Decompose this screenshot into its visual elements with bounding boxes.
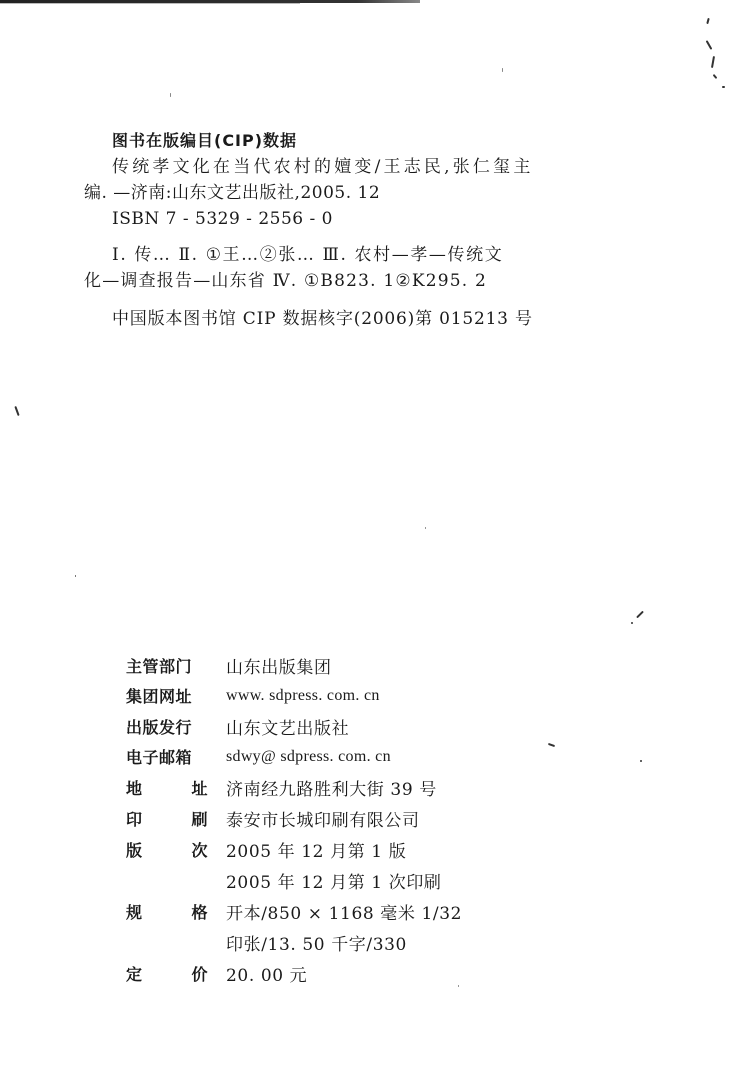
imprint-row-sheets: 印张/13. 50 千字/330 (126, 927, 462, 958)
scan-edge-line-thin (0, 3, 300, 4)
scan-speck (706, 40, 713, 50)
imprint-value: 山东文艺出版社 (226, 714, 349, 739)
imprint-label: 主管部门 (126, 654, 208, 677)
scan-speck (711, 56, 715, 68)
imprint-label: 出版发行 (126, 715, 208, 738)
imprint-row-format: 规 格 开本/850 × 1168 毫米 1/32 (126, 896, 462, 927)
imprint-row-supervisor: 主管部门 山东出版集团 (126, 650, 462, 681)
imprint-value: 泰安市长城印刷有限公司 (226, 806, 420, 831)
scan-speck (502, 68, 503, 72)
cip-verification-number: 中国版本图书馆 CIP 数据核字(2006)第 015213 号 (84, 306, 574, 332)
imprint-row-email: 电子邮箱 sdwy@ sdpress. com. cn (126, 742, 462, 773)
imprint-value: 2005 年 12 月第 1 版 (226, 837, 406, 862)
scan-speck (706, 18, 709, 24)
imprint-label: 版 次 (126, 838, 208, 861)
imprint-label-char: 格 (191, 900, 208, 923)
imprint-label: 集团网址 (126, 684, 208, 707)
imprint-label-char: 印 (126, 807, 143, 830)
scan-speck (640, 760, 642, 762)
scan-speck (425, 527, 426, 529)
imprint-row-website: 集团网址 www. sdpress. com. cn (126, 681, 462, 712)
imprint-row-price: 定 价 20. 00 元 (126, 958, 462, 989)
imprint-row-printer: 印 刷 泰安市长城印刷有限公司 (126, 803, 462, 834)
imprint-label: 电子邮箱 (126, 745, 208, 768)
cip-heading: 图书在版编目(CIP)数据 (84, 128, 574, 154)
imprint-value: 20. 00 元 (226, 961, 307, 986)
imprint-label-char: 址 (191, 776, 208, 799)
scan-speck (631, 622, 633, 624)
scan-speck (75, 575, 76, 577)
imprint-value: 开本/850 × 1168 毫米 1/32 (226, 899, 462, 924)
cip-classification-line-2: 化—调查报告—山东省 Ⅳ. ①B823. 1②K295. 2 (84, 268, 574, 294)
scan-speck (713, 74, 718, 79)
imprint-row-printing: 2005 年 12 月第 1 次印刷 (126, 865, 462, 896)
imprint-label: 定 价 (126, 962, 208, 985)
imprint-row-publisher: 出版发行 山东文艺出版社 (126, 711, 462, 742)
imprint-table: 主管部门 山东出版集团 集团网址 www. sdpress. com. cn 出… (126, 650, 462, 989)
imprint-label-char: 地 (126, 776, 143, 799)
scan-speck (170, 93, 171, 97)
imprint-label: 地 址 (126, 776, 208, 799)
imprint-label: 印 刷 (126, 807, 208, 830)
imprint-value: 山东出版集团 (226, 653, 332, 678)
imprint-label-char: 价 (191, 962, 208, 985)
imprint-label-char: 版 (126, 838, 143, 861)
imprint-row-address: 地 址 济南经九路胜利大街 39 号 (126, 772, 462, 803)
imprint-label-char: 刷 (191, 807, 208, 830)
imprint-value: sdwy@ sdpress. com. cn (226, 748, 391, 766)
imprint-row-edition: 版 次 2005 年 12 月第 1 版 (126, 834, 462, 865)
imprint-value: www. sdpress. com. cn (226, 687, 380, 705)
scan-speck (722, 86, 725, 88)
cip-isbn: ISBN 7 - 5329 - 2556 - 0 (84, 206, 574, 232)
imprint-value: 2005 年 12 月第 1 次印刷 (226, 868, 442, 893)
imprint-value: 印张/13. 50 千字/330 (226, 930, 407, 955)
imprint-label-char: 定 (126, 962, 143, 985)
scan-speck (636, 611, 644, 619)
imprint-label-char: 规 (126, 900, 143, 923)
scan-speck (14, 406, 19, 416)
imprint-label-char: 次 (191, 838, 208, 861)
cip-data-block: 图书在版编目(CIP)数据 传统孝文化在当代农村的嬗变/王志民,张仁玺主 编. … (84, 128, 574, 332)
imprint-value: 济南经九路胜利大街 39 号 (226, 775, 437, 800)
imprint-label: 规 格 (126, 900, 208, 923)
scan-speck (548, 743, 555, 747)
cip-title-line-2: 编. —济南:山东文艺出版社,2005. 12 (84, 180, 574, 206)
cip-title-line-1: 传统孝文化在当代农村的嬗变/王志民,张仁玺主 (84, 154, 574, 180)
cip-classification-line-1: Ⅰ. 传… Ⅱ. ①王…②张… Ⅲ. 农村—孝—传统文 (84, 242, 574, 268)
